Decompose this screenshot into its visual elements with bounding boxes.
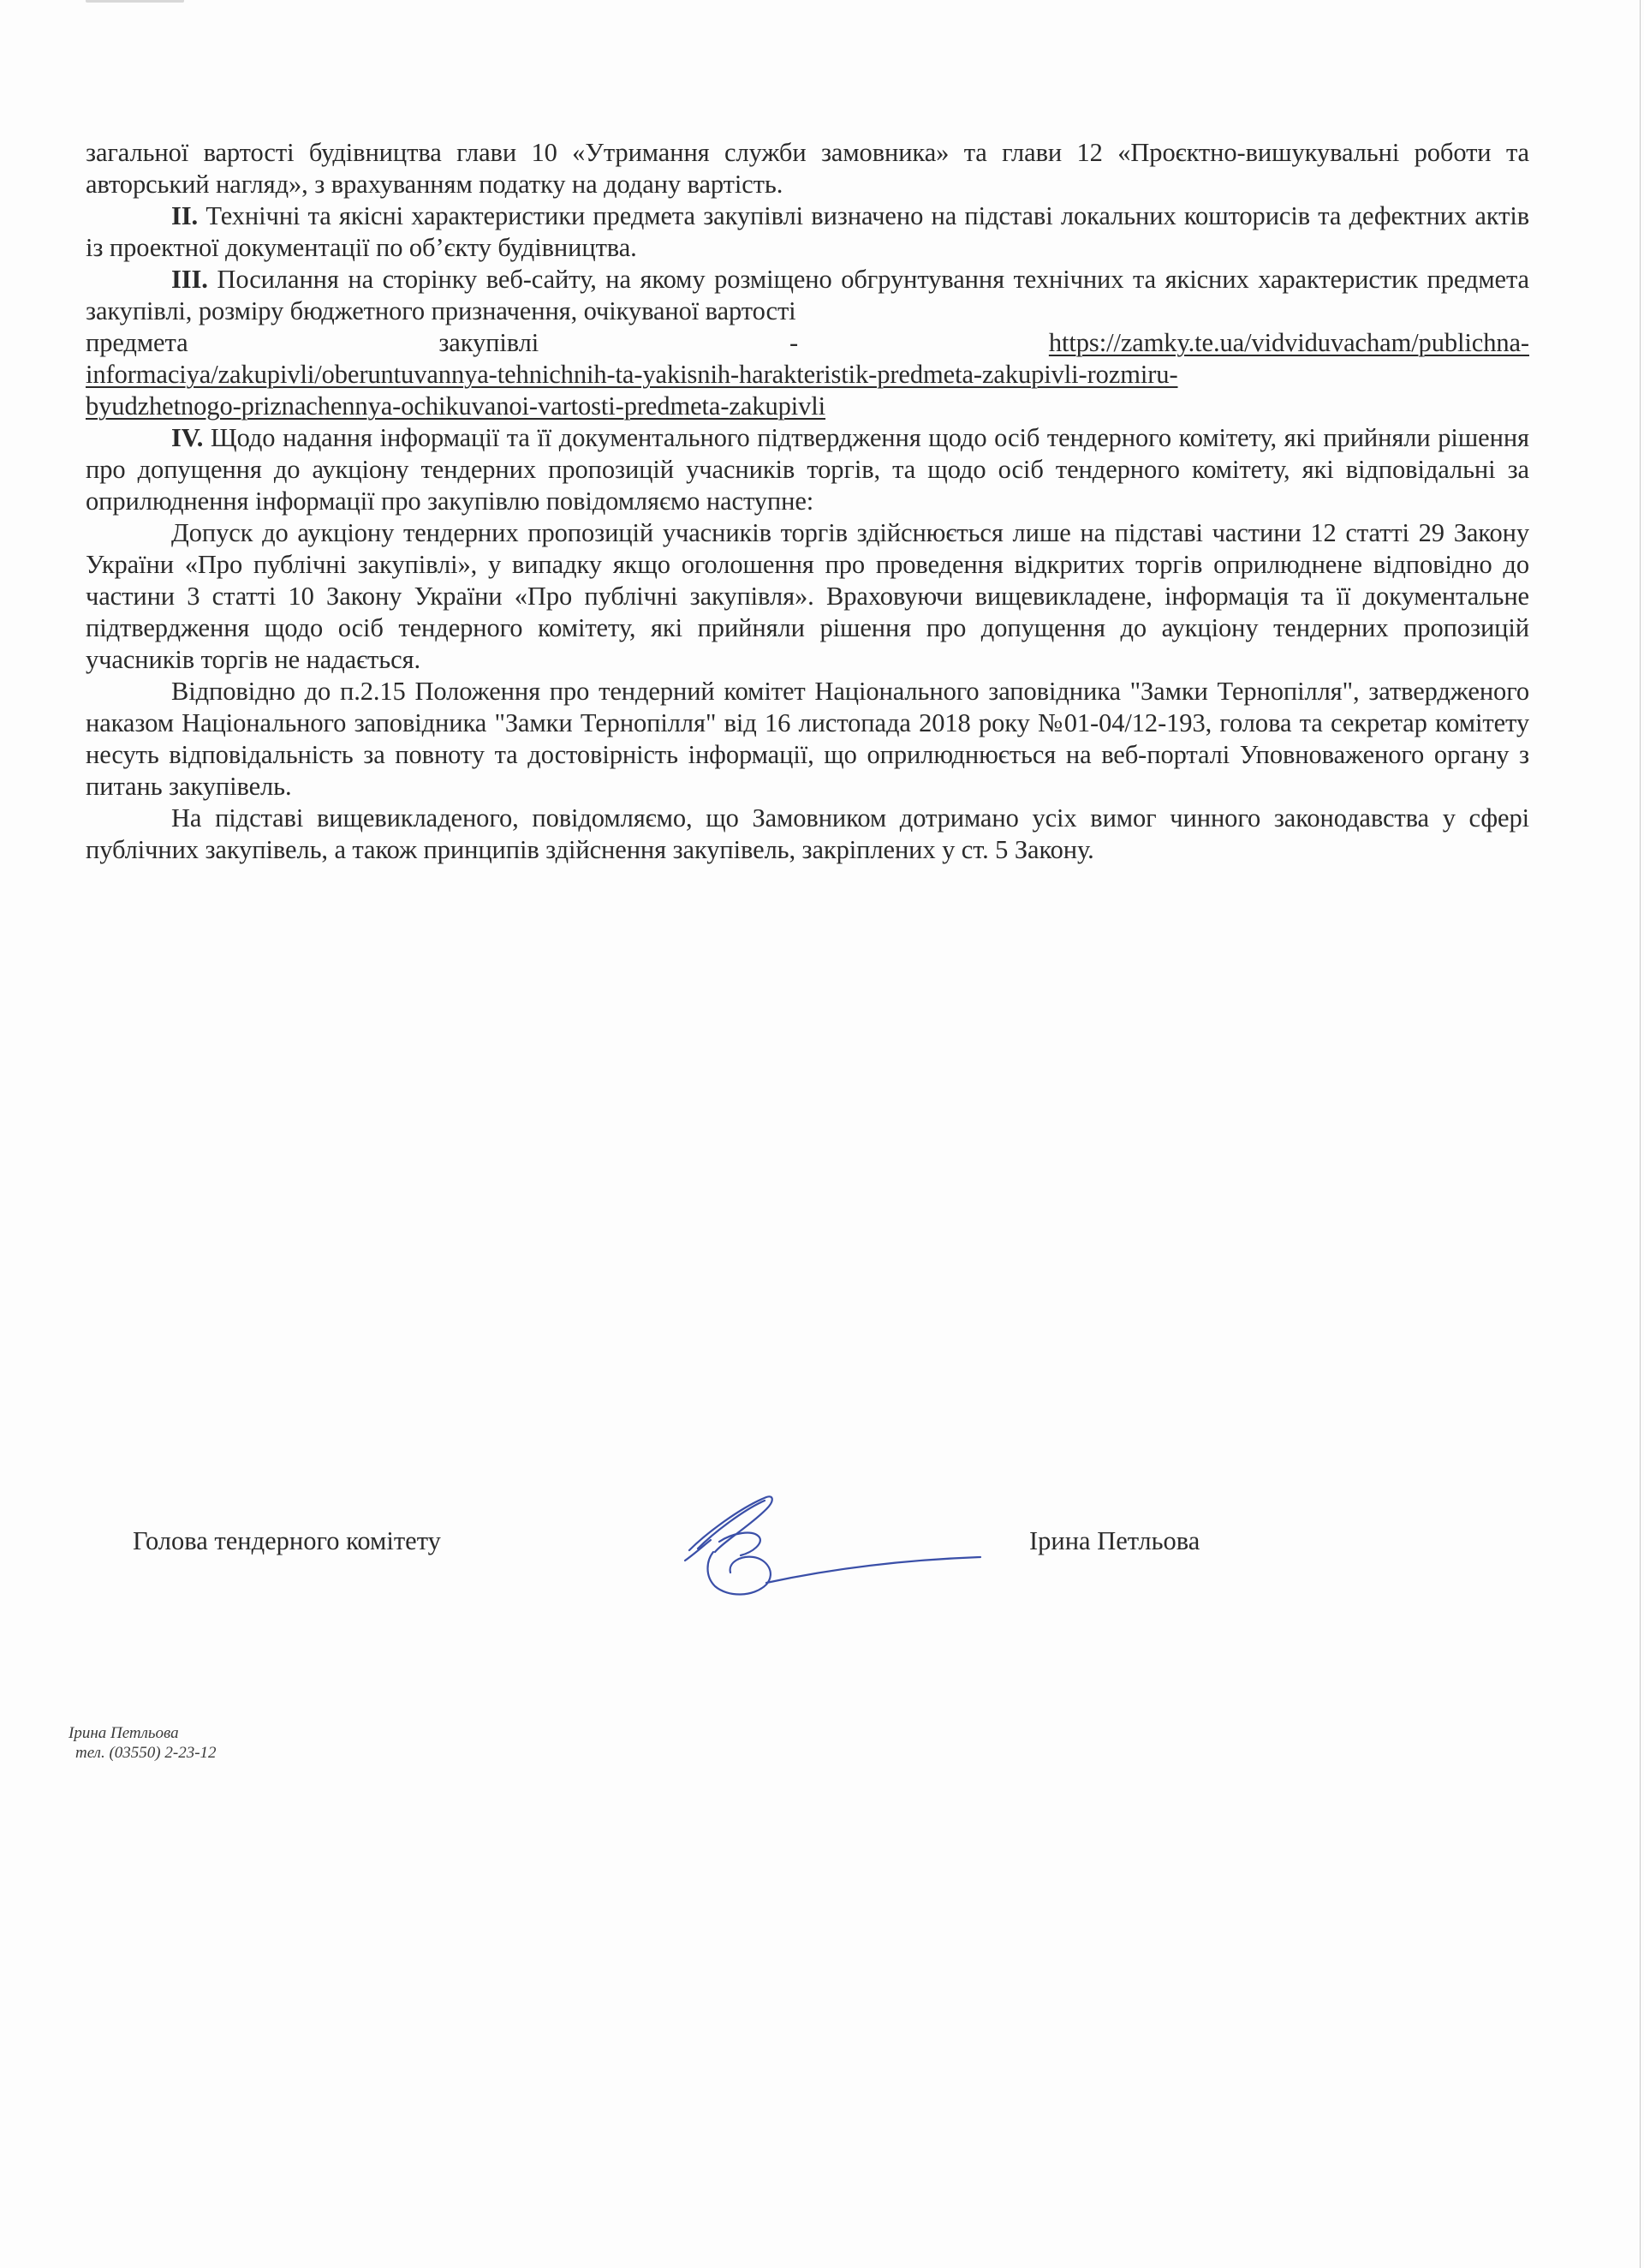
section-text: Посилання на сторінку веб-сайту, на яком… xyxy=(86,265,1529,325)
section-iii: III. Посилання на сторінку веб-сайту, на… xyxy=(86,264,1529,327)
section-iii-link-continued: informaciya/zakupivli/oberuntuvannya-teh… xyxy=(86,359,1529,422)
contact-name: Ірина Петльова xyxy=(68,1724,179,1742)
section-iv: IV. Щодо надання інформації та її докуме… xyxy=(86,422,1529,517)
section-numeral: IV. xyxy=(171,423,203,452)
top-edge-bar xyxy=(86,0,184,3)
word: предмета xyxy=(86,327,188,359)
paragraph-auction-admission: Допуск до аукціону тендерних пропозицій … xyxy=(86,517,1529,676)
section-text: Щодо надання інформації та її документал… xyxy=(86,423,1529,516)
word: закупівлі xyxy=(438,327,539,359)
page-edge-line xyxy=(1640,0,1641,2268)
section-iii-link-intro-line: предмета закупівлі - https://zamky.te.ua… xyxy=(86,327,1529,359)
section-text: Технічні та якісні характеристики предме… xyxy=(86,201,1529,262)
procurement-link-part-1[interactable]: https://zamky.te.ua/vidviduvacham/public… xyxy=(1049,327,1529,359)
handwritten-signature-icon xyxy=(681,1490,1040,1610)
procurement-link-part-2[interactable]: informaciya/zakupivli/oberuntuvannya-teh… xyxy=(86,359,1529,391)
procurement-link-part-3[interactable]: byudzhetnogo-priznachennya-ochikuvanoi-v… xyxy=(86,391,1529,422)
paragraph-regulation: Відповідно до п.2.15 Положення про тенде… xyxy=(86,676,1529,803)
contact-info: Ірина Петльова тел. (03550) 2-23-12 xyxy=(68,1723,217,1763)
signature-block: Голова тендерного комітету Ірина Петльов… xyxy=(133,1516,1246,1610)
signatory-name: Ірина Петльова xyxy=(1029,1526,1200,1556)
intro-paragraph: загальної вартості будівництва глави 10 … xyxy=(86,137,1529,200)
contact-phone: тел. (03550) 2-23-12 xyxy=(68,1743,217,1763)
document-body: загальної вартості будівництва глави 10 … xyxy=(86,137,1529,866)
section-numeral: III. xyxy=(171,265,208,294)
dash: - xyxy=(789,327,798,359)
section-numeral: II. xyxy=(171,201,198,230)
section-ii: II. Технічні та якісні характеристики пр… xyxy=(86,200,1529,264)
paragraph-conclusion: На підставі вищевикладеного, повідомляєм… xyxy=(86,803,1529,866)
signatory-title: Голова тендерного комітету xyxy=(133,1526,441,1556)
